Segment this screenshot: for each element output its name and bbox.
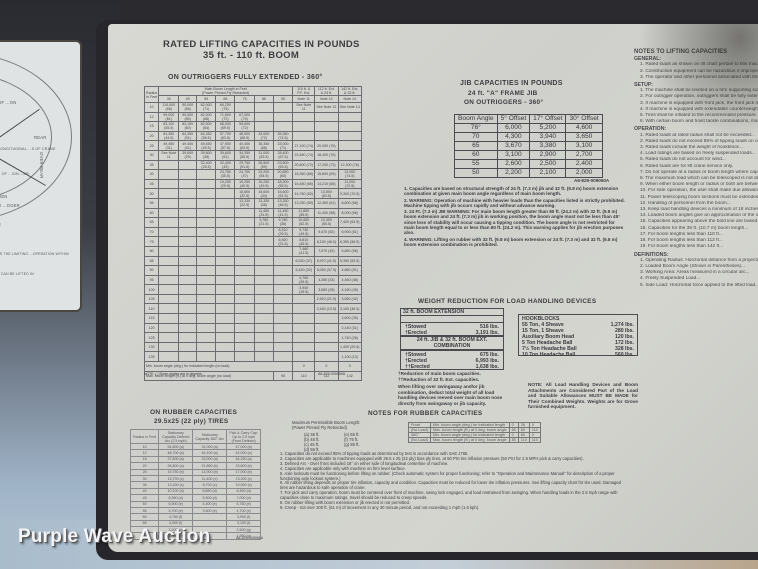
capacity-row: 2549,450 (31)49,450 (41)49,450 (49.5)47,… <box>145 141 362 151</box>
note-item: 10. For safe operation, the user shall m… <box>634 188 758 194</box>
capacity-cell <box>179 352 197 362</box>
rubber-header-cell: Radius in Feet <box>131 430 159 444</box>
capacity-cell <box>197 294 216 304</box>
capacity-row: 807,480 (41.5)7,070 (45)5,850 (56) <box>145 246 362 256</box>
capacity-cell: 5,050 (37.5) <box>315 266 338 276</box>
capacity-cell: See Note 14 <box>338 103 362 113</box>
radius-cell: 30 <box>145 150 159 160</box>
capacity-cell: 90,500 (65) <box>179 112 197 122</box>
capacity-cell: 10,400 (55.5) <box>315 218 338 228</box>
capacity-cell: 19,250 (40.5) <box>235 179 254 189</box>
capacity-cell: 20,850 (60) <box>273 170 292 180</box>
note-item: 1. The machine shall be leveled on a fir… <box>634 88 758 94</box>
note-item: 1. Operating Radius: Horizontal distance… <box>634 258 758 264</box>
capacity-cell <box>216 352 235 362</box>
capacity-cell: 18,400 (76) <box>315 150 338 160</box>
weight-label: 10 Ton Headache Ball <box>522 352 575 358</box>
jib-header-cell: 17° Offset <box>530 115 566 124</box>
capacity-row: 1351,100 (13) <box>145 352 362 362</box>
capacity-cell: 82,000 (68) <box>197 112 216 122</box>
capacity-cell: 29,750 (51.5) <box>235 160 254 170</box>
ext-sub-header: Note 11 <box>293 96 315 103</box>
capacity-cell: 4,460 (48) <box>338 275 362 285</box>
jib-cell: 3,940 <box>530 133 566 142</box>
capacity-cell: 14,750 (62) <box>293 189 315 199</box>
capacity-row: 4024,780 (35.5)24,700 (47)23,200 (54.5)2… <box>145 170 362 180</box>
footer-value: 0 <box>315 362 338 372</box>
diagram-label: ...ES THE LIMITING ...OPERATION WITHIN <box>0 252 69 256</box>
rubber-notes-title: NOTES FOR RUBBER CAPACITIES <box>368 410 483 417</box>
capacity-cell: 6,530 (37) <box>293 256 315 266</box>
capacity-cell <box>197 285 216 295</box>
capacity-cell <box>197 323 216 333</box>
capacity-cell: 13,250 (59) <box>293 198 315 208</box>
capacity-cell: 39,600 (38) <box>197 150 216 160</box>
jib-title: JIB CAPACITIES IN POUNDS <box>460 80 563 87</box>
capacity-cell <box>273 333 292 343</box>
capacity-cell: 11,400 (58) <box>315 208 338 218</box>
jib-cell: 4,600 <box>566 124 602 133</box>
radius-cell: 100 <box>145 285 159 295</box>
capacity-cell <box>179 227 197 237</box>
capacity-cell <box>159 237 179 247</box>
jib-row: 653,6703,3803,100 <box>455 142 603 151</box>
jib-cell: 2,400 <box>566 160 602 169</box>
capacity-cell <box>235 304 254 314</box>
capacity-cell <box>235 285 254 295</box>
capacity-cell <box>235 237 254 247</box>
capacity-cell <box>235 294 254 304</box>
hookblocks-box: HOOKBLOCKS 55 Ton, 4 Sheave1,274 lbs.15 … <box>518 314 638 356</box>
capacity-row: 905,420 (32)5,050 (37.5)4,850 (51) <box>145 266 362 276</box>
capacity-cell <box>197 227 216 237</box>
ext-sub-header: Note 14 <box>338 96 362 103</box>
capacity-row: 1202,140 (31) <box>145 323 362 333</box>
note-item: 16. Capacities for the 35 ft. (10.7 m) b… <box>634 226 758 232</box>
capacity-cell <box>254 275 273 285</box>
note-item: 2. Construction equipment can be hazardo… <box>634 69 758 75</box>
capacity-row: 1301,400 (20.5) <box>145 342 362 352</box>
jib-cell: 50 <box>455 169 498 178</box>
capacity-cell: 82,000 (64) <box>197 122 216 132</box>
capacity-cell: 35,350 (68) <box>254 141 273 151</box>
operation-notes: 1. Rated loads at rated radius shall not… <box>634 133 758 251</box>
rubber-side-cell: (No Load) <box>409 428 431 433</box>
rubber-header-cell: Pick & Carry Cap. Up to 2.5 mph (Front D… <box>227 430 261 444</box>
radius-cell: 70 <box>145 227 159 237</box>
capacity-cell <box>315 112 338 122</box>
capacity-cell <box>216 285 235 295</box>
note-item: 4. If machine is equipped with extendabl… <box>634 107 758 113</box>
capacity-cell: 60,250 (75) <box>216 103 235 113</box>
capacity-cell <box>273 266 292 276</box>
capacity-cell: 8,600 (68) <box>338 198 362 208</box>
note-item: 11. Power telescoping boom sections must… <box>634 195 758 201</box>
jib-header-cell: 5° Offset <box>497 115 530 124</box>
capacity-cell <box>159 208 179 218</box>
capacity-cell: 18,300 (55.5) <box>273 179 292 189</box>
capacity-cell <box>216 314 235 324</box>
capacity-cell <box>159 333 179 343</box>
capacity-cell: 1,100 (13) <box>338 352 362 362</box>
outrigger-capacity-table: Radius in Feet Main Boom Length in Feet(… <box>144 86 362 381</box>
diagram-label: ...R OF ...ION ...ER <box>0 172 29 176</box>
note-item: 15. Capacities appearing above the bold … <box>634 219 758 225</box>
capacity-row: 1102,440 (13.5)3,100 (38.5) <box>145 304 362 314</box>
jib-cell: 6,000 <box>497 124 530 133</box>
footer-label: Min. boom angle (deg.) for indicated len… <box>145 362 293 372</box>
setup-notes: 1. The machine shall be leveled on a fir… <box>634 88 758 125</box>
capacity-cell: 57,700 (63.5) <box>216 131 235 141</box>
load-chart-placard: RATED LIFTING CAPACITIES IN POUNDS 35 ft… <box>108 24 758 552</box>
capacity-cell <box>179 208 197 218</box>
jib-cell: 3,100 <box>497 151 530 160</box>
capacity-cell: 15,600 (32.5) <box>235 189 254 199</box>
capacity-cell: 13,330 (38) <box>254 198 273 208</box>
operation-title: OPERATION: <box>634 126 758 132</box>
capacity-cell: 15,600 (69) <box>315 170 338 180</box>
capacity-cell: 64,350 (51) <box>179 131 197 141</box>
capacity-cell <box>197 304 216 314</box>
capacity-cell: 49,450 (41) <box>179 141 197 151</box>
general-notes: 1. Rated loads as shown on lift chart pe… <box>634 62 758 81</box>
main-chart-title: RATED LIFTING CAPACITIES IN POUNDS <box>163 39 360 50</box>
capacity-cell: 23,450 (74) <box>293 150 315 160</box>
capacity-cell <box>179 170 197 180</box>
capacity-cell <box>159 198 179 208</box>
jib-row: 76°6,0005,2004,600 <box>455 124 603 133</box>
radius-cell: 40 <box>145 170 159 180</box>
capacity-cell <box>293 314 315 324</box>
footer-row: Min. boom angle (deg.) for indicated len… <box>145 362 362 372</box>
jib-row: 502,2002,1002,000 <box>455 169 603 178</box>
capacity-cell: 49,450 (49.5) <box>197 141 216 151</box>
capacity-cell: 1,400 (20.5) <box>338 342 362 352</box>
capacity-cell: 6,350 (58.5) <box>338 237 362 247</box>
capacity-cell <box>159 170 179 180</box>
capacity-row: 659,780 (21.5)9,780 (36)10,650 (52.5)10,… <box>145 218 362 228</box>
ext-header: 142 ft. Ext. & 32 ft. <box>338 87 362 96</box>
note-item: 1. Rated loads as shown on lift chart pe… <box>634 62 758 68</box>
capacity-cell <box>159 275 179 285</box>
capacity-row: 5015,600 (32.5)15,600 (44)15,600 (51.5)1… <box>145 189 362 199</box>
jib-cell: 2,900 <box>530 151 566 160</box>
capacity-cell <box>179 256 197 266</box>
capacity-cell <box>159 179 179 189</box>
ext-header: 110 ft. & P.F. Ext. <box>293 87 315 96</box>
capacity-cell <box>338 122 362 132</box>
capacity-cell: 59,600 (72) <box>235 122 254 132</box>
capacity-cell: 39,600 (51) <box>216 150 235 160</box>
jib-cell: 2,500 <box>530 160 566 169</box>
capacity-cell: 11,450 (41.5) <box>273 208 292 218</box>
radius-cell: 115 <box>145 314 159 324</box>
capacity-cell: 2,600 (35) <box>338 314 362 324</box>
note-item: 1. Rated loads at rated radius shall not… <box>634 133 758 139</box>
capacity-cell <box>293 304 315 314</box>
jib-cell: 2,200 <box>497 169 530 178</box>
note-item: 5. Rated loads do not account for wind..… <box>634 157 758 163</box>
capacity-cell: 12,300 (76) <box>338 160 362 170</box>
capacity-cell: 64,350 (58.5) <box>197 131 216 141</box>
capacity-cell <box>293 342 315 352</box>
capacity-cell <box>273 256 292 266</box>
capacity-cell: 5,850 (56) <box>338 246 362 256</box>
capacity-cell: 68,000 (69.5) <box>216 122 235 132</box>
note-item: 2. For outrigger operation, outriggers s… <box>634 94 758 100</box>
jib-note: 2. WARNING: Operation of machine with he… <box>404 198 626 209</box>
capacity-cell <box>197 275 216 285</box>
watermark-logo: Purple Wave Auction <box>18 526 210 548</box>
capacity-cell <box>216 266 235 276</box>
weight-footnote: ††Reduction of 32 ft. Ext. capacities. <box>398 377 510 383</box>
capacity-cell <box>338 141 362 151</box>
max-boom-length-header: Maximum Permissible Boom Length: (Power … <box>292 420 372 430</box>
capacity-cell <box>197 342 216 352</box>
capacity-cell <box>338 150 362 160</box>
radius-cell: 15 <box>145 122 159 132</box>
radius-cell: 45 <box>145 179 159 189</box>
capacity-cell: 11,000 (72.5) <box>338 179 362 189</box>
diagram-label: LONGITUDINAL ...S OF CRANE <box>0 147 56 151</box>
jib-note: 1. Capacities are based on structural st… <box>404 186 626 197</box>
footer-value: 110 <box>293 371 315 381</box>
note-item: 5. Side Load: Horizontal force applied t… <box>634 283 758 289</box>
capacity-cell <box>273 112 292 122</box>
capacity-cell <box>216 208 235 218</box>
capacity-cell <box>159 352 179 362</box>
jib-row: 704,3003,9403,650 <box>455 133 603 142</box>
note-item: 5. Tires shall be inflated to the recomm… <box>634 113 758 119</box>
capacity-cell <box>159 160 179 170</box>
capacity-cell: 9,730 (49.5) <box>293 227 315 237</box>
capacity-cell <box>197 266 216 276</box>
rubber-subtitle: 29.5x25 (22 ply) TIRES <box>154 418 228 425</box>
jib-cell: 3,380 <box>530 142 566 151</box>
capacity-cell <box>179 198 197 208</box>
capacity-cell: 15,600 (44) <box>254 189 273 199</box>
radius-cell: 12 <box>145 112 159 122</box>
capacity-cell: 9,780 (36) <box>273 218 292 228</box>
outrigger-section-title: ON OUTRIGGERS FULLY EXTENDED - 360° <box>168 74 323 81</box>
capacity-cell: 40,400 (63.5) <box>235 141 254 151</box>
jib-row: 603,1002,9002,700 <box>455 151 603 160</box>
weight-label: ††Erected <box>405 364 430 370</box>
main-chart-subtitle: 35 ft. - 110 ft. BOOM <box>203 50 299 61</box>
jib-combo-weights: †Stowed675 lbs.†Erected6,993 lbs.††Erect… <box>400 350 504 370</box>
capacity-cell <box>235 275 254 285</box>
capacity-cell <box>179 275 197 285</box>
capacity-cell: 1,740 (26) <box>338 333 362 343</box>
rubber-side-cell: Min. boom angle (deg.) for indicated len… <box>430 423 509 428</box>
capacity-cell: 26,500 (59) <box>254 160 273 170</box>
capacity-cell: 83,100 (60) <box>179 122 197 132</box>
capacity-cell <box>179 314 197 324</box>
capacity-cell: 4,160 (45) <box>338 285 362 295</box>
capacity-row: 30See Note 1139,600 (29)39,600 (38)39,60… <box>145 150 362 160</box>
radius-cell: 20 <box>145 131 159 141</box>
capacity-cell <box>197 333 216 343</box>
capacity-cell: 8,000 (66) <box>338 208 362 218</box>
capacity-cell: 48,000 (68.5) <box>235 131 254 141</box>
capacity-cell <box>293 294 315 304</box>
radius-cell: 55 <box>145 198 159 208</box>
jib-cell: 3,670 <box>497 142 530 151</box>
jib-subtitle-outriggers: ON OUTRIGGERS - 360° <box>464 99 543 106</box>
capacity-cell: 39,350 (74.5) <box>273 131 292 141</box>
notes-right-title: NOTES TO LIFTING CAPACITIES <box>634 49 758 55</box>
rubber-capacity-table: Radius in FeetStationary Capacity Define… <box>130 429 261 540</box>
radius-cell: 95 <box>145 275 159 285</box>
footer-value: 0 <box>338 362 362 372</box>
jib-subtitle-frame: 24 ft. "A" FRAME JIB <box>468 90 538 97</box>
capacity-cell <box>273 352 292 362</box>
capacity-cell <box>159 323 179 333</box>
capacity-cell <box>315 352 338 362</box>
capacity-cell: 11,850 (55.5) <box>293 208 315 218</box>
capacity-cell: 9,470 (52) <box>315 227 338 237</box>
capacity-cell: 17,200 (73) <box>315 160 338 170</box>
jib-cell: 3,100 <box>566 142 602 151</box>
diagram-label: ...E <box>0 222 1 227</box>
capacity-cell: 19,250 (29.5) <box>216 179 235 189</box>
capacity-cell <box>254 256 273 266</box>
radius-cell: 10 <box>145 103 159 113</box>
radius-cell: 80 <box>145 246 159 256</box>
capacity-cell <box>197 179 216 189</box>
capacity-cell: 67,000 (74) <box>235 112 254 122</box>
jib-cell: 2,600 <box>497 160 530 169</box>
capacity-row: 1251,740 (26) <box>145 333 362 343</box>
capacity-cell <box>197 352 216 362</box>
weight-row: ††Erected1,638 lbs. <box>405 364 499 370</box>
capacity-cell <box>254 333 273 343</box>
capacity-cell: 32,400 (25.5) <box>197 160 216 170</box>
capacity-cell <box>273 294 292 304</box>
capacity-cell <box>179 285 197 295</box>
capacity-cell: 13,330 (22.5) <box>235 198 254 208</box>
capacity-cell <box>273 103 292 113</box>
capacity-cell: 34,350 (58.5) <box>235 150 254 160</box>
capacity-cell: 64,350 (44.5) <box>159 131 179 141</box>
boom-extension-weights: †Stowed516 lbs.†Erected3,191 lbs. <box>400 322 504 336</box>
rubber-side-cell: Min. boom angle (deg.) for indicated len… <box>430 433 509 438</box>
capacity-cell <box>197 208 216 218</box>
rubber-side-row: (No Load)Max. boom length (ft.) at 0 deg… <box>409 438 541 443</box>
capacity-cell <box>179 160 197 170</box>
boom-length-header: 85 <box>254 96 273 103</box>
capacity-cell <box>197 256 216 266</box>
rubber-notes-list: 1. Capacities do not exceed 85% of tippi… <box>280 452 630 511</box>
main-boom-header: Main Boom Length in Feet(Power Pinned Fl… <box>159 87 293 96</box>
ext-sub-header: Note 12 <box>315 96 338 103</box>
capacity-cell: 7,400 (63.5) <box>338 218 362 228</box>
capacity-cell <box>235 323 254 333</box>
capacity-cell: 24,780 (35.5) <box>216 170 235 180</box>
capacity-cell <box>315 131 338 141</box>
radius-cell: 105 <box>145 294 159 304</box>
rubber-note: 9. Creep - not over 200 ft. (61 m) of mo… <box>280 506 630 511</box>
capacity-cell <box>273 122 292 132</box>
main-boom-header-sub: (Power Pinned Fly Retracted) <box>202 91 249 95</box>
capacity-cell: 13,500 (63.5) <box>315 189 338 199</box>
capacity-cell: 16,450 (65) <box>293 179 315 189</box>
capacity-cell <box>159 304 179 314</box>
capacity-cell: 6,920 (21.5) <box>273 237 292 247</box>
capacity-cell <box>315 333 338 343</box>
capacity-cell: 32,400 (43) <box>216 160 235 170</box>
diagram-label: ...S CAN BE LIFTED IN <box>0 272 34 276</box>
capacity-row: 756,920 (21.5)8,810 (45.5)8,130 (48.5)6,… <box>145 237 362 247</box>
boom-length-header: 45 <box>179 96 197 103</box>
capacity-cell: 3,100 (38.5) <box>338 304 362 314</box>
capacity-cell <box>254 266 273 276</box>
capacity-cell <box>159 294 179 304</box>
capacity-row: 708,310 (29.5)9,730 (49.5)9,470 (52)6,90… <box>145 227 362 237</box>
capacity-cell <box>293 112 315 122</box>
capacity-cell <box>254 227 273 237</box>
capacity-cell <box>254 122 273 132</box>
radius-cell: 35 <box>145 160 159 170</box>
capacity-cell <box>254 342 273 352</box>
general-title: GENERAL: <box>634 56 758 62</box>
jib-cell: 60 <box>455 151 498 160</box>
capacity-cell: 43,000 (72) <box>254 131 273 141</box>
capacity-cell: 99,000 (61) <box>159 112 179 122</box>
capacity-row: 4519,250 (29.5)19,250 (40.5)19,250 (49.5… <box>145 179 362 189</box>
capacity-cell: 15,600 (51.5) <box>273 189 292 199</box>
radius-cell: 120 <box>145 323 159 333</box>
boom-extension-title: 32 ft. BOOM EXTENSION <box>401 309 503 316</box>
capacity-cell <box>197 198 216 208</box>
capacity-cell <box>216 333 235 343</box>
capacity-row: 1003,940 (19.5)3,550 (28)4,160 (45) <box>145 285 362 295</box>
rubber-side-cell: Max. boom length (ft.) at 0 deg. boom an… <box>430 438 509 443</box>
note-item: 2. Rated loads do not exceed 85% of tipp… <box>634 139 758 145</box>
jib-cell: 4,300 <box>497 133 530 142</box>
capacity-cell: 9,300 (70.5) <box>338 189 362 199</box>
capacity-cell: 39,600 (29) <box>179 150 197 160</box>
boom-length-header: 65 <box>216 96 235 103</box>
radius-cell: 25 <box>145 141 159 151</box>
capacity-cell: 8,810 (45.5) <box>293 237 315 247</box>
capacity-cell: 31,000 (63.5) <box>254 150 273 160</box>
setup-title: SETUP: <box>634 82 758 88</box>
capacity-cell <box>254 314 273 324</box>
capacity-cell: 8,310 (29.5) <box>273 227 292 237</box>
capacity-cell <box>293 352 315 362</box>
jib-cell: 76° <box>455 124 498 133</box>
load-handling-note: NOTE: All Load Handling Devices and Boom… <box>528 382 638 410</box>
jib-cell: 5,200 <box>530 124 566 133</box>
diagram-label: ...OF ...ON <box>0 100 16 105</box>
weight-value: 1,638 lbs. <box>476 364 499 370</box>
capacity-cell <box>315 122 338 132</box>
capacity-cell <box>254 246 273 256</box>
capacity-cell <box>293 333 315 343</box>
capacity-row: 5513,330 (22.5)13,330 (38)13,330 (46.5)1… <box>145 198 362 208</box>
radius-cell: 75 <box>145 237 159 247</box>
rubber-header-cell: Stationary Capacity Defined Arc (2.5 mph… <box>159 430 193 444</box>
capacity-cell <box>273 275 292 285</box>
note-item: 3. If machine is equipped with front jac… <box>634 101 758 107</box>
capacity-cell <box>235 218 254 228</box>
capacity-cell: 8,130 (48.5) <box>315 237 338 247</box>
capacity-cell <box>197 314 216 324</box>
capacity-cell: 71,600 (72) <box>216 112 235 122</box>
capacity-row: 1052,910 (21.5)3,650 (42) <box>145 294 362 304</box>
capacity-cell <box>179 342 197 352</box>
